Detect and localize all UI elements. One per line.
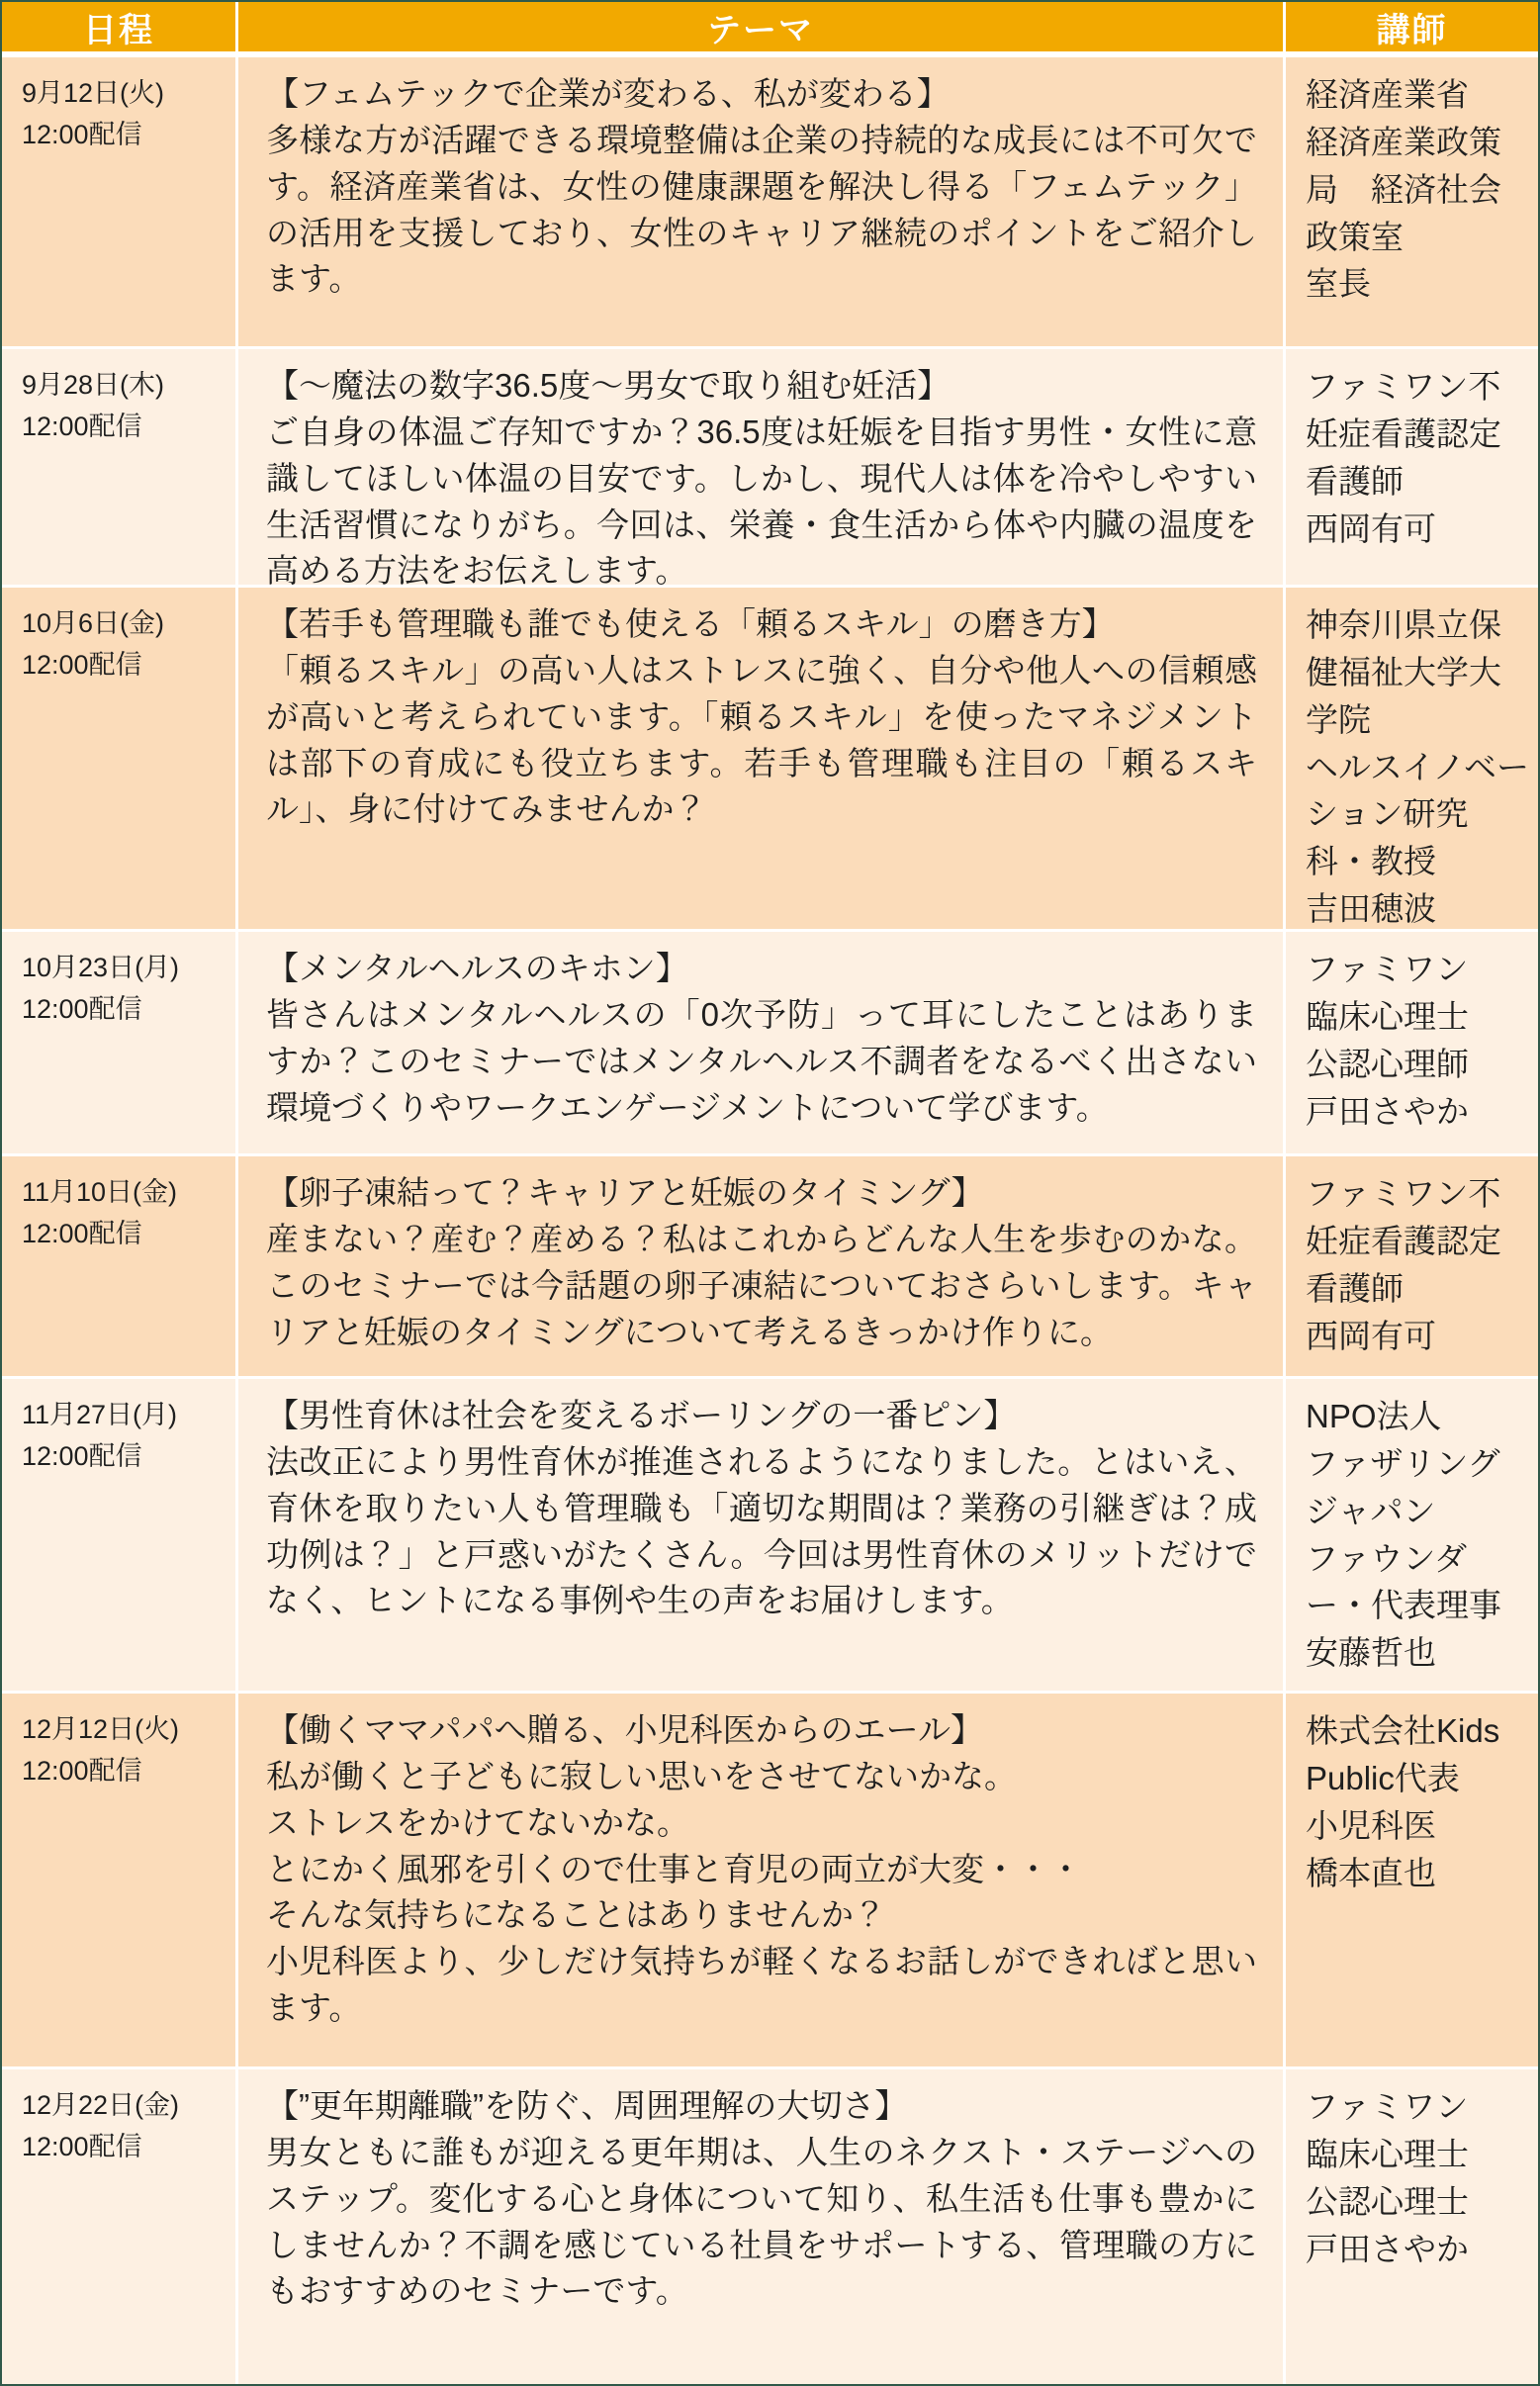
lecturer-cell: 株式会社Kids Public代表 小児科医 橋本直也 [1286,1694,1538,2066]
date-cell: 9月28日(木) 12:00配信 [2,349,235,585]
table-row: 11月10日(金) 12:00配信 【卵子凍結って？キャリアと妊娠のタイミング】… [2,1156,1538,1376]
date-cell: 12月12日(火) 12:00配信 [2,1694,235,2066]
lecturer-cell: NPO法人 ファザリングジャパン ファウンダー・代表理事 安藤哲也 [1286,1379,1538,1691]
date-cell: 12月22日(金) 12:00配信 [2,2069,235,2384]
header-lecturer: 講師 [1286,2,1538,51]
theme-cell: 【卵子凍結って？キャリアと妊娠のタイミング】 産まない？産む？産める？私はこれか… [238,1156,1283,1376]
date-cell: 10月6日(金) 12:00配信 [2,588,235,929]
header-theme: テーマ [238,2,1283,51]
date-cell: 10月23日(月) 12:00配信 [2,932,235,1153]
table-row: 10月6日(金) 12:00配信 【若手も管理職も誰でも使える「頼るスキル」の磨… [2,588,1538,929]
lecturer-cell: 経済産業省 経済産業政策局 経済社会政策室 室長 [1286,57,1538,346]
theme-cell: 【若手も管理職も誰でも使える「頼るスキル」の磨き方】 「頼るスキル」の高い人はス… [238,588,1283,929]
theme-cell: 【働くママパパへ贈る、小児科医からのエール】 私が働くと子どもに寂しい思いをさせ… [238,1694,1283,2066]
theme-cell: 【”更年期離職”を防ぐ、周囲理解の大切さ】 男女ともに誰もが迎える更年期は、人生… [238,2069,1283,2384]
date-cell: 11月27日(月) 12:00配信 [2,1379,235,1691]
seminar-schedule-table: 日程 テーマ 講師 9月12日(火) 12:00配信 【フェムテックで企業が変わ… [0,0,1540,2386]
lecturer-cell: ファミワン不妊症看護認定看護師 西岡有可 [1286,349,1538,585]
header-date: 日程 [2,2,235,51]
theme-cell: 【フェムテックで企業が変わる、私が変わる】 多様な方が活躍できる環境整備は企業の… [238,57,1283,346]
table-row: 10月23日(月) 12:00配信 【メンタルヘルスのキホン】 皆さんはメンタル… [2,932,1538,1153]
theme-cell: 【メンタルヘルスのキホン】 皆さんはメンタルヘルスの「0次予防」って耳にしたこと… [238,932,1283,1153]
lecturer-cell: 神奈川県立保健福祉大学大学院 ヘルスイノベーション研究科・教授 吉田穂波 [1286,588,1538,929]
date-cell: 11月10日(金) 12:00配信 [2,1156,235,1376]
table-row: 12月12日(火) 12:00配信 【働くママパパへ贈る、小児科医からのエール】… [2,1694,1538,2066]
table-header-row: 日程 テーマ 講師 [2,2,1538,51]
table-row: 9月12日(火) 12:00配信 【フェムテックで企業が変わる、私が変わる】 多… [2,57,1538,346]
lecturer-cell: ファミワン 臨床心理士 公認心理師 戸田さやか [1286,932,1538,1153]
lecturer-cell: ファミワン不妊症看護認定看護師 西岡有可 [1286,1156,1538,1376]
theme-cell: 【～魔法の数字36.5度～男女で取り組む妊活】 ご自身の体温ご存知ですか？36.… [238,349,1283,585]
date-cell: 9月12日(火) 12:00配信 [2,57,235,346]
table-row: 12月22日(金) 12:00配信 【”更年期離職”を防ぐ、周囲理解の大切さ】 … [2,2069,1538,2384]
theme-cell: 【男性育休は社会を変えるボーリングの一番ピン】 法改正により男性育休が推進される… [238,1379,1283,1691]
table-row: 11月27日(月) 12:00配信 【男性育休は社会を変えるボーリングの一番ピン… [2,1379,1538,1691]
lecturer-cell: ファミワン 臨床心理士 公認心理士 戸田さやか [1286,2069,1538,2384]
table-row: 9月28日(木) 12:00配信 【～魔法の数字36.5度～男女で取り組む妊活】… [2,349,1538,585]
